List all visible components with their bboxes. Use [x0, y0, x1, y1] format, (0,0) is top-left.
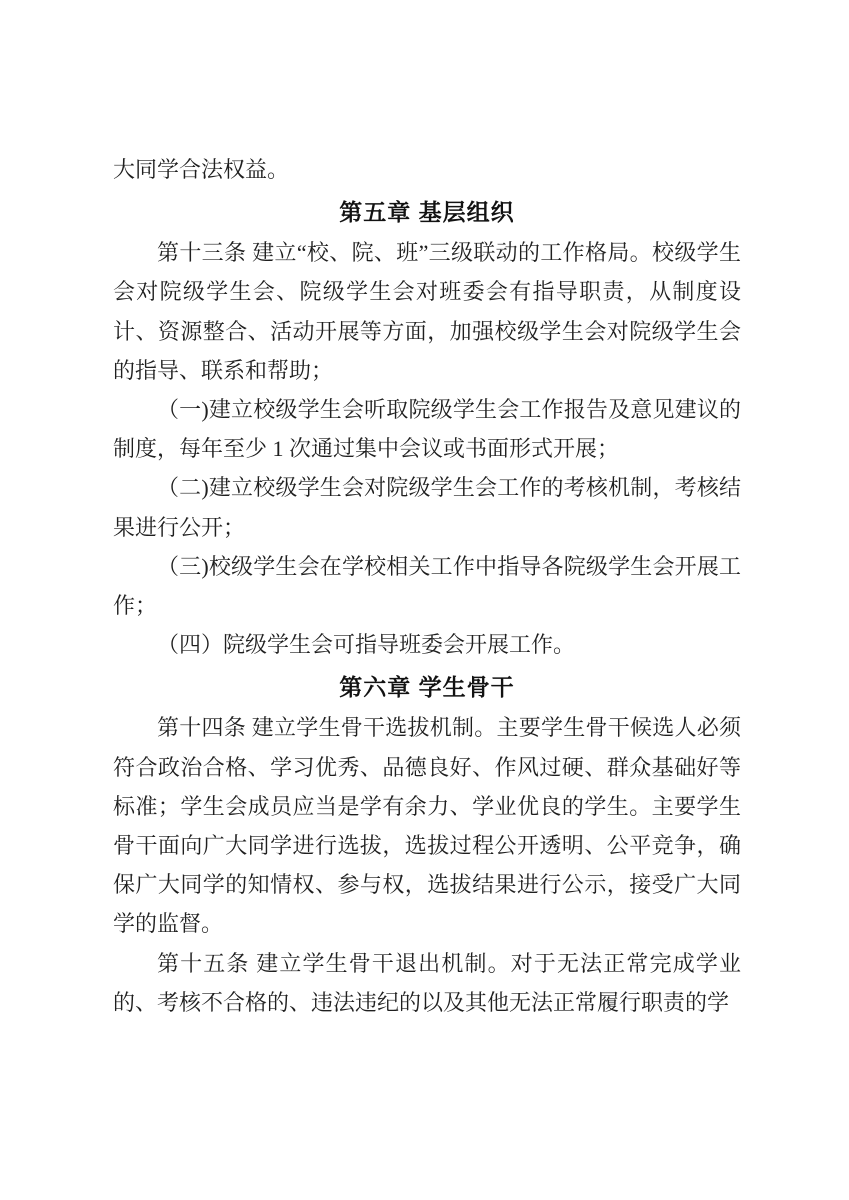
paragraph-item-3: （三)校级学生会在学校相关工作中指导各院级学生会开展工作； [113, 547, 741, 625]
paragraph-continuation: 大同学合法权益。 [113, 150, 741, 189]
chapter-heading-5: 第五章 基层组织 [113, 192, 741, 232]
text-column: 大同学合法权益。 第五章 基层组织 第十三条 建立“校、院、班”三级联动的工作格… [113, 150, 741, 1022]
paragraph-item-4: （四）院级学生会可指导班委会开展工作。 [113, 625, 741, 664]
paragraph-item-2: （二)建立校级学生会对院级学生会工作的考核机制，考核结果进行公开； [113, 468, 741, 546]
paragraph-article-13: 第十三条 建立“校、院、班”三级联动的工作格局。校级学生会对院级学生会、院级学生… [113, 233, 741, 390]
paragraph-item-1: （一)建立校级学生会听取院级学生会工作报告及意见建议的制度，每年至少 1 次通过… [113, 390, 741, 468]
document-page: 大同学合法权益。 第五章 基层组织 第十三条 建立“校、院、班”三级联动的工作格… [0, 0, 849, 1200]
chapter-heading-6: 第六章 学生骨干 [113, 667, 741, 707]
paragraph-article-14: 第十四条 建立学生骨干选拔机制。主要学生骨干候选人必须符合政治合格、学习优秀、品… [113, 708, 741, 943]
paragraph-article-15: 第十五条 建立学生骨干退出机制。对于无法正常完成学业的、考核不合格的、违法违纪的… [113, 944, 741, 1022]
